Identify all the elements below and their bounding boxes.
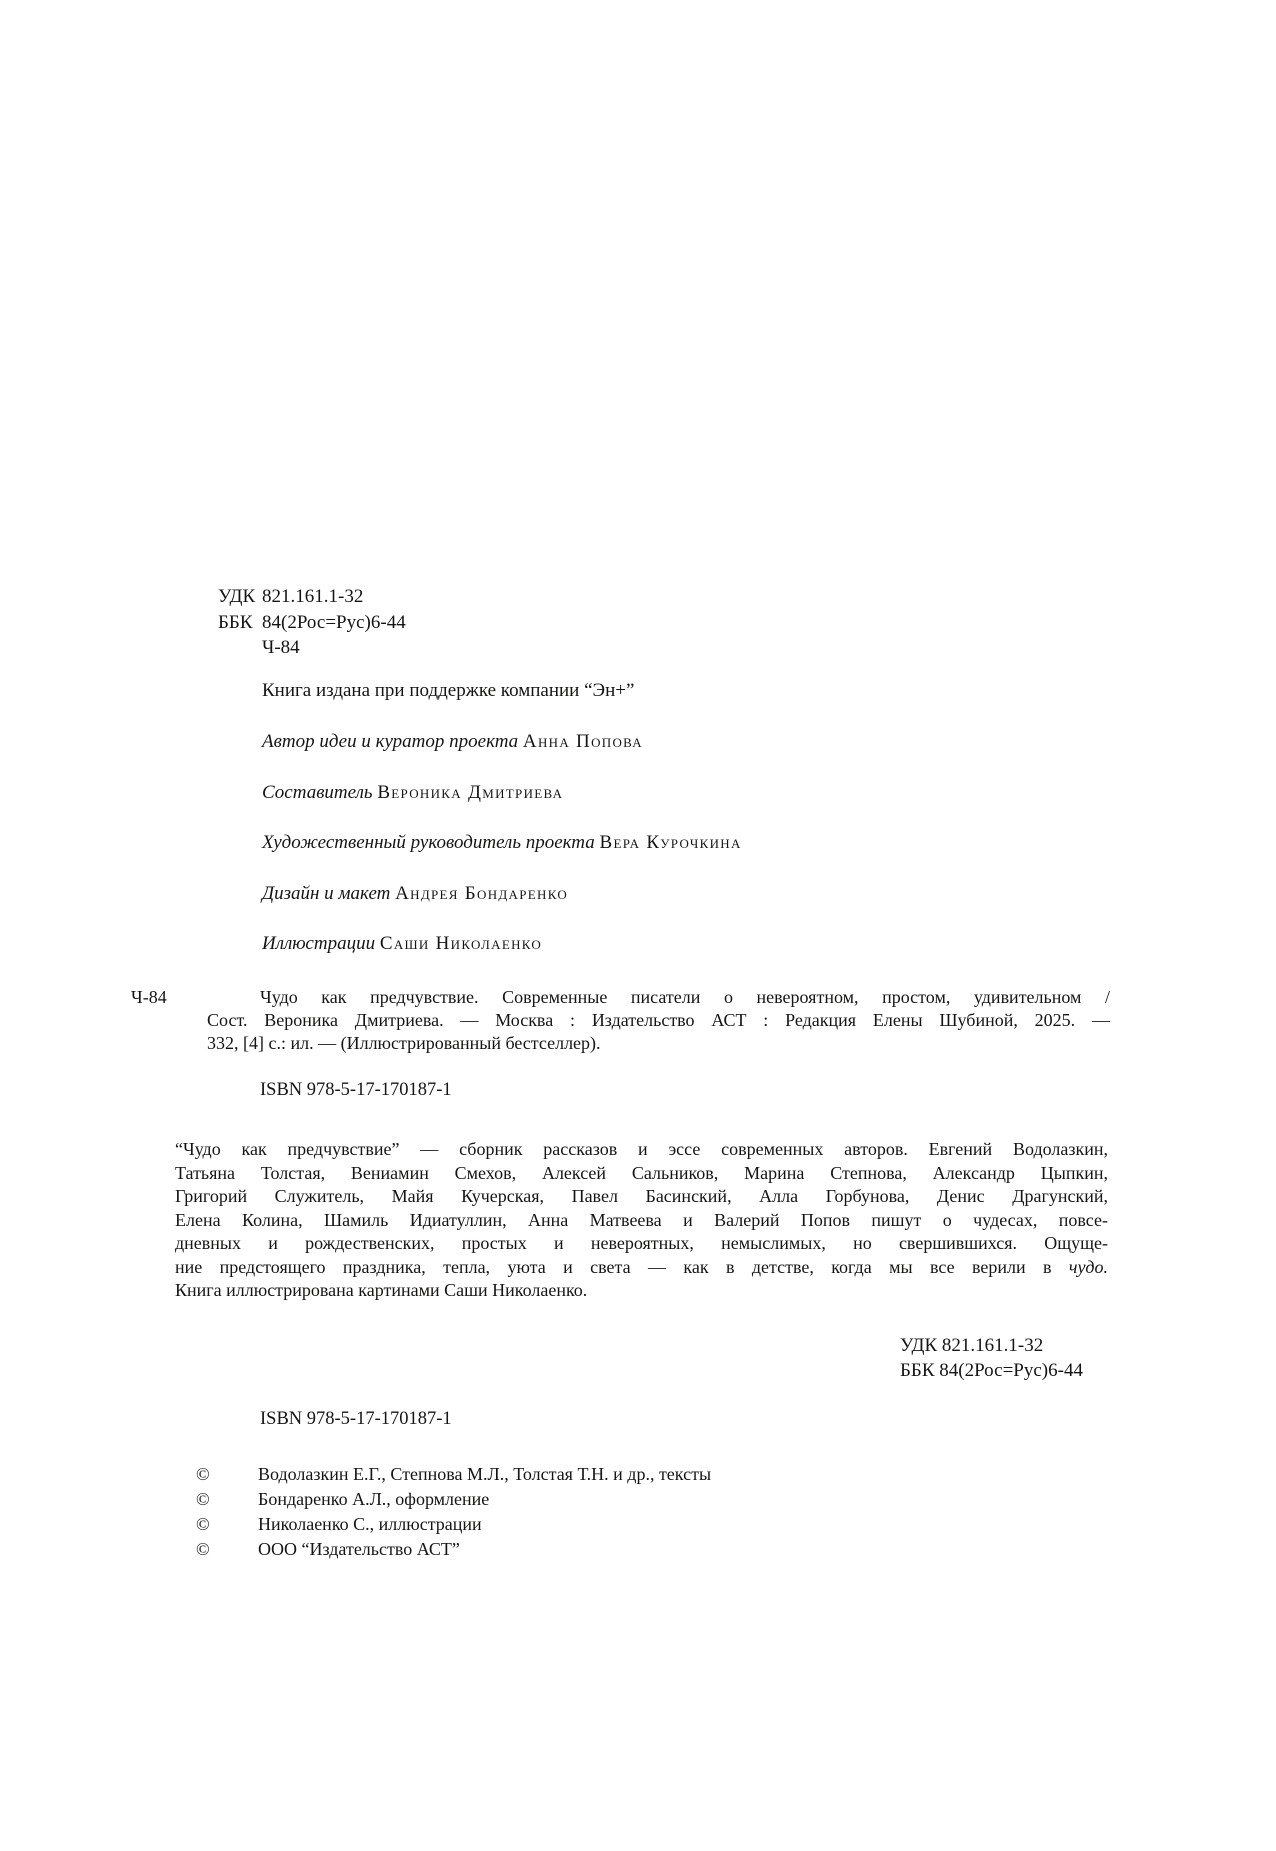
catalog-line: Чудо как предчувствие. Современные писат… (207, 986, 1110, 1009)
copyright-text: Бондаренко А.Л., оформление (258, 1488, 711, 1513)
udk-row: УДК 821.161.1-32 (218, 584, 406, 610)
credit-illustrations: Иллюстрации Саши Николаенко (262, 933, 742, 984)
credit-name: Вера Курочкина (600, 832, 742, 853)
catalog-margin-code: Ч-84 (131, 987, 167, 1008)
isbn-number-top: ISBN 978-5-17-170187-1 (260, 1080, 452, 1101)
classification-top-block: УДК 821.161.1-32 ББК 84(2Рос=Рус)6-44 Ч-… (218, 584, 406, 661)
annotation-line: Елена Колина, Шамиль Идиатуллин, Анна Ма… (175, 1209, 1108, 1233)
credit-name: Анна Попова (523, 731, 643, 752)
credit-role: Дизайн и макет (262, 883, 390, 904)
credits-block: Автор идеи и куратор проекта Анна Попова… (262, 731, 742, 984)
annotation-line: Книга иллюстрирована картинами Саши Нико… (175, 1279, 1108, 1303)
copyright-sign: © (196, 1463, 258, 1488)
annotation-line: Григорий Служитель, Майя Кучерская, Паве… (175, 1185, 1108, 1209)
copyright-sign: © (196, 1488, 258, 1513)
copyright-text: Водолазкин Е.Г., Степнова М.Л., Толстая … (258, 1463, 711, 1488)
copyright-list: © Водолазкин Е.Г., Степнова М.Л., Толста… (196, 1463, 711, 1563)
credit-role: Автор идеи и куратор проекта (262, 731, 518, 752)
credit-role: Художественный руководитель проекта (262, 832, 595, 853)
credit-design-layout: Дизайн и макет Андрея Бондаренко (262, 883, 742, 934)
catalog-line: 332, [4] с.: ил. — (Иллюстрированный бес… (207, 1032, 1110, 1055)
copyright-row-publisher: © ООО “Издательство АСТ” (196, 1538, 711, 1563)
copyright-text: ООО “Издательство АСТ” (258, 1538, 711, 1563)
catalog-entry: Чудо как предчувствие. Современные писат… (207, 986, 1110, 1055)
bbk-value: 84(2Рос=Рус)6-44 (262, 610, 406, 636)
udk-value: 821.161.1-32 (262, 584, 406, 610)
udk-bottom-line: УДК 821.161.1-32 (900, 1334, 1083, 1359)
book-imprint-page: УДК 821.161.1-32 ББК 84(2Рос=Рус)6-44 Ч-… (0, 0, 1276, 1851)
author-sign-label (218, 635, 262, 661)
catalog-line: Сост. Вероника Дмитриева. — Москва : Изд… (207, 1009, 1110, 1032)
author-sign-value: Ч-84 (262, 635, 406, 661)
annotation-line: дневных и рождественских, простых и неве… (175, 1232, 1108, 1256)
credit-name: Андрея Бондаренко (395, 883, 568, 904)
udk-label: УДК (218, 584, 262, 610)
credit-idea-curator: Автор идеи и куратор проекта Анна Попова (262, 731, 742, 782)
credit-role: Иллюстрации (262, 933, 375, 954)
support-note: Книга издана при поддержке компании “Эн+… (262, 680, 634, 702)
credit-art-director: Художественный руководитель проекта Вера… (262, 832, 742, 883)
credit-name: Вероника Дмитриева (377, 782, 563, 803)
copyright-text: Николаенко С., иллюстрации (258, 1513, 711, 1538)
copyright-row-texts: © Водолазкин Е.Г., Степнова М.Л., Толста… (196, 1463, 711, 1488)
annotation-line-text: ние предстоящего праздника, тепла, уюта … (175, 1257, 1051, 1277)
credit-name: Саши Николаенко (380, 933, 542, 954)
isbn-number-bottom: ISBN 978-5-17-170187-1 (260, 1409, 452, 1430)
credit-compiler: Составитель Вероника Дмитриева (262, 782, 742, 833)
credit-role: Составитель (262, 782, 373, 803)
bbk-row: ББК 84(2Рос=Рус)6-44 (218, 610, 406, 636)
author-sign-row: Ч-84 (218, 635, 406, 661)
classification-bottom-block: УДК 821.161.1-32 ББК 84(2Рос=Рус)6-44 (900, 1334, 1083, 1383)
copyright-sign: © (196, 1513, 258, 1538)
bbk-bottom-line: ББК 84(2Рос=Рус)6-44 (900, 1359, 1083, 1384)
copyright-sign: © (196, 1538, 258, 1563)
copyright-row-illustrations: © Николаенко С., иллюстрации (196, 1513, 711, 1538)
bbk-label: ББК (218, 610, 262, 636)
annotation-italic-word: чудо. (1069, 1257, 1108, 1277)
annotation-paragraph: “Чудо как предчувствие” — сборник расска… (175, 1138, 1108, 1303)
copyright-row-design: © Бондаренко А.Л., оформление (196, 1488, 711, 1513)
annotation-line: ние предстоящего праздника, тепла, уюта … (175, 1256, 1108, 1280)
annotation-line: Татьяна Толстая, Вениамин Смехов, Алексе… (175, 1162, 1108, 1186)
annotation-line: “Чудо как предчувствие” — сборник расска… (175, 1138, 1108, 1162)
